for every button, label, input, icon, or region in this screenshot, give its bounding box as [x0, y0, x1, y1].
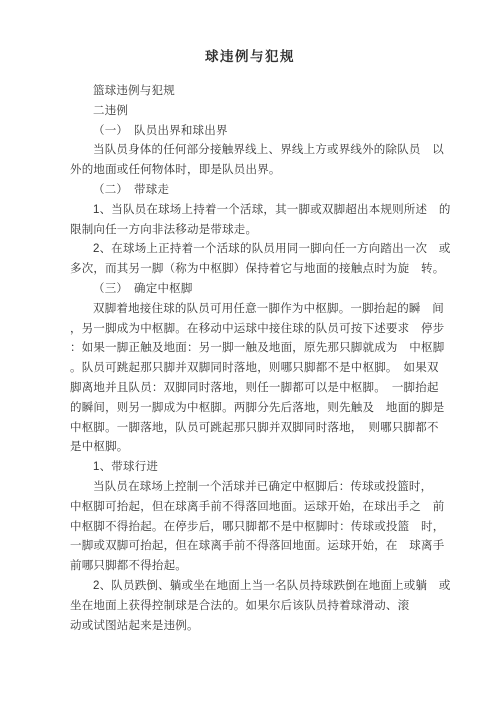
- document-title: 球违例与犯规: [0, 0, 500, 65]
- text-line: ：如果一脚正触及地面：另一脚一触及地面，原先那只脚就成为 中枢脚: [70, 339, 452, 359]
- text-line: 脚离地并且队员：双脚同时落地，则任一脚都可以是中枢脚。 一脚抬起: [70, 379, 452, 399]
- text-line: 动或试图站起来是违例。: [70, 617, 452, 637]
- text-line: 篮球违例与犯规: [70, 82, 452, 102]
- text-line: 坐在地面上获得控制球是合法的。如果尔后该队员持着球滑动、滚: [70, 597, 452, 617]
- text-line: 一脚或双脚可抬起，但在球离手前不得落回地面。运球开始，在 球离手: [70, 537, 452, 557]
- text-line: 双脚着地接住球的队员可用任意一脚作为中枢脚。一脚抬起的瞬 间: [70, 300, 452, 320]
- text-line: （二） 带球走: [70, 181, 452, 201]
- text-line: （一） 队员出界和球出界: [70, 122, 452, 142]
- text-line: 的瞬间，则另一脚成为中枢脚。两脚分先后落地，则先触及 地面的脚是: [70, 399, 452, 419]
- text-line: 外的地面或任何物体时，即是队员出界。: [70, 161, 452, 181]
- text-line: 2、在球场上正持着一个活球的队员用同一脚向任一方向踏出一次 或: [70, 240, 452, 260]
- text-line: 前哪只脚都不得抬起。: [70, 557, 452, 577]
- text-line: 中枢脚可抬起，但在球离手前不得落回地面。运球开始，在球出手之 前: [70, 498, 452, 518]
- text-line: 1、当队员在球场上持着一个活球，其一脚或双脚超出本规则所述 的: [70, 201, 452, 221]
- text-line: 1、带球行进: [70, 458, 452, 478]
- text-line: 。队员可跳起那只脚并双脚同时落地，则哪只脚都不是中枢脚。 如果双: [70, 359, 452, 379]
- text-line: ，另一脚成为中枢脚。在移动中运球中接住球的队员可按下述要求 停步: [70, 320, 452, 340]
- text-line: 2、队员跌倒、躺或坐在地面上当一名队员持球跌倒在地面上或躺 或: [70, 577, 452, 597]
- text-line: 当队员在球场上控制一个活球并已确定中枢脚后：传球或投篮时，: [70, 478, 452, 498]
- text-line: 当队员身体的任何部分接触界线上、界线上方或界线外的除队员 以: [70, 141, 452, 161]
- text-line: 是中枢脚。: [70, 438, 452, 458]
- document-page: 球违例与犯规 篮球违例与犯规二违例（一） 队员出界和球出界当队员身体的任何部分接…: [0, 0, 500, 707]
- text-line: （三） 确定中枢脚: [70, 280, 452, 300]
- text-line: 多次，而其另一脚（称为中枢脚）保持着它与地面的接触点时为旋 转。: [70, 260, 452, 280]
- text-line: 中枢脚不得抬起。在停步后，哪只脚都不是中枢脚时：传球或投篮 时，: [70, 518, 452, 538]
- text-line: 限制向任一方向非法移动是带球走。: [70, 221, 452, 241]
- text-line: 二违例: [70, 102, 452, 122]
- text-line: 中枢脚。一脚落地，队员可跳起那只脚并双脚同时落地， 则哪只脚都不: [70, 419, 452, 439]
- document-body: 篮球违例与犯规二违例（一） 队员出界和球出界当队员身体的任何部分接触界线上、界线…: [0, 82, 500, 636]
